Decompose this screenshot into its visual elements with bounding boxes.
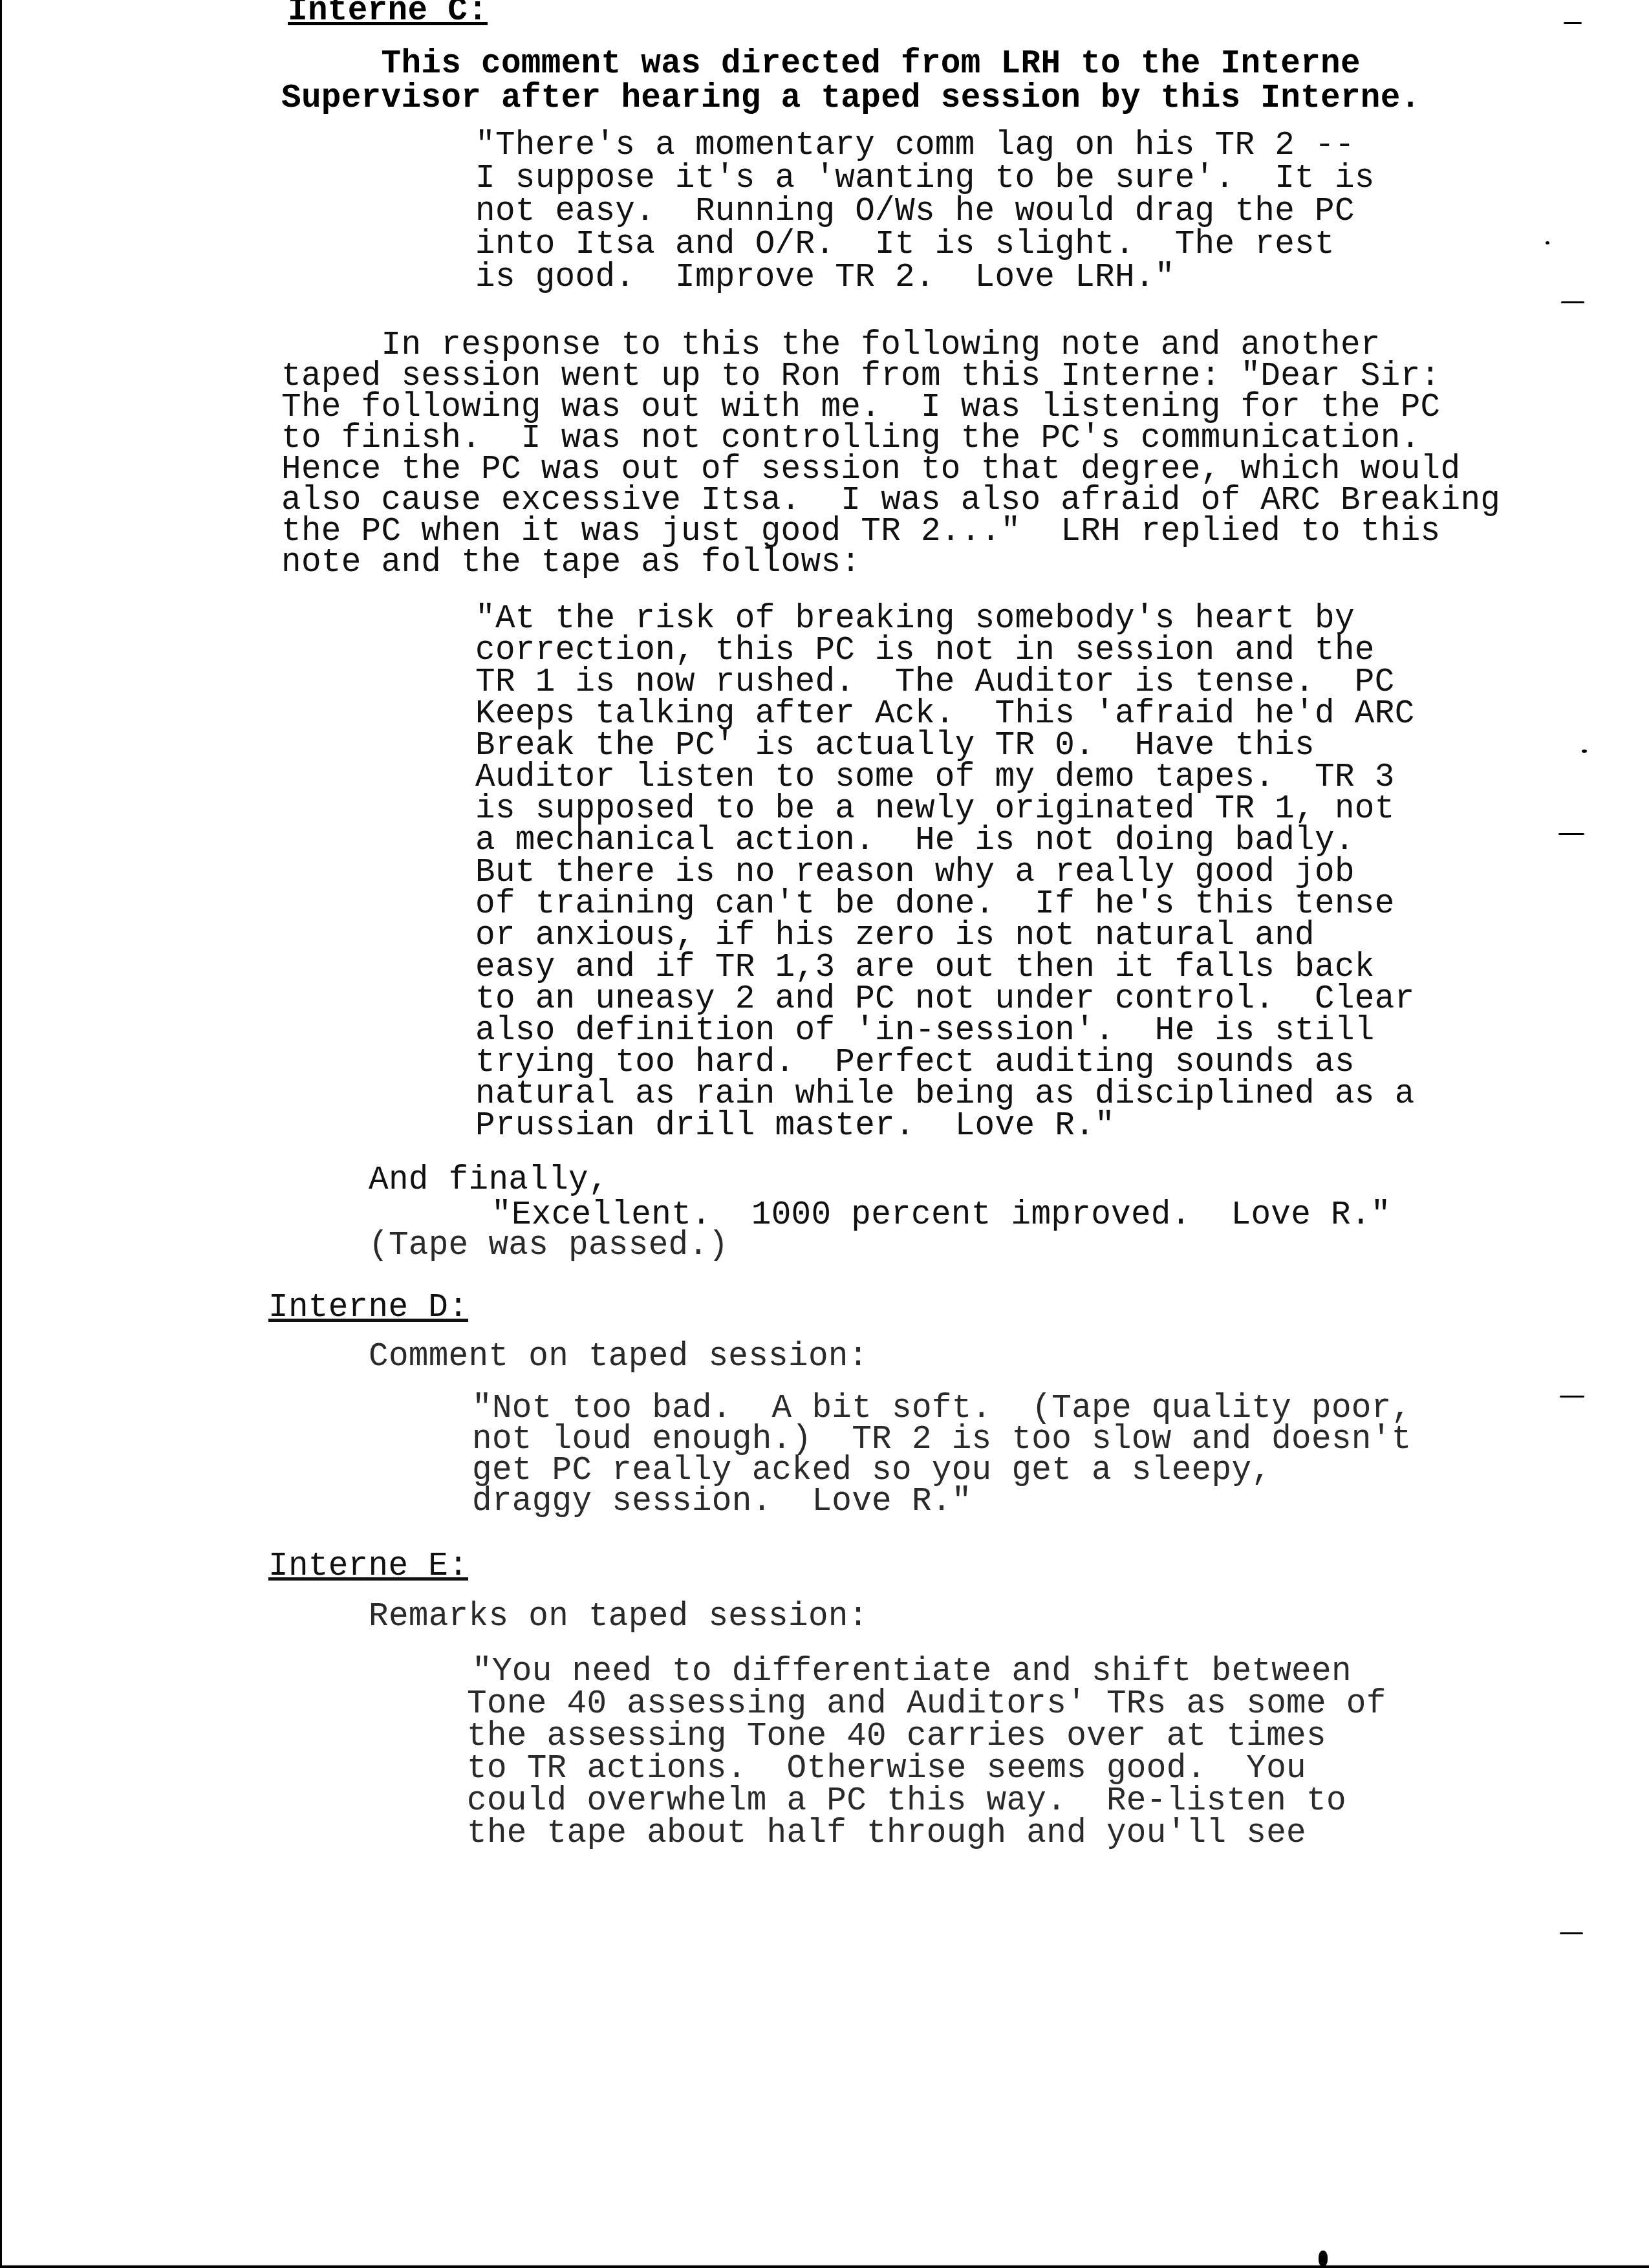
response-line: Hence the PC was out of session to that … [281,453,1460,486]
speck [1319,2251,1328,2266]
page-bottom-edge [0,2265,1649,2268]
quote-line: Break the PC' is actually TR 0. Have thi… [475,729,1315,762]
quote-line: natural as rain while being as disciplin… [475,1078,1415,1111]
quote-line: Prussian drill master. Love R." [475,1110,1115,1143]
response-line: also cause excessive Itsa. I was also af… [281,484,1500,517]
quote-line: "There's a momentary comm lag on his TR … [475,129,1355,162]
intro-line: Supervisor after hearing a taped session… [281,82,1421,115]
quote-line: or anxious, if his zero is not natural a… [475,920,1315,953]
margin-mark [1560,1396,1584,1398]
response-line: In response to this the following note a… [281,329,1381,362]
quote-line: the tape about half through and you'll s… [467,1817,1306,1850]
response-line: taped session went up to Ron from this I… [281,360,1441,393]
speck [1546,241,1549,244]
quote-line: not loud enough.) TR 2 is too slow and d… [472,1423,1412,1456]
margin-mark [1564,22,1582,24]
quote-line: easy and if TR 1,3 are out then it falls… [475,951,1375,984]
and-finally-label: And finally, [369,1164,609,1197]
margin-mark [1560,1932,1583,1934]
quote-line: correction, this PC is not in session an… [475,634,1375,667]
quote-line: Auditor listen to some of my demo tapes.… [475,761,1395,794]
quote-line: a mechanical action. He is not doing bad… [475,825,1355,858]
quote-line: of training can't be done. If he's this … [475,888,1395,921]
quote-line: TR 1 is now rushed. The Auditor is tense… [475,666,1395,699]
tape-passed-note: (Tape was passed.) [369,1229,728,1262]
page-left-edge [0,0,2,2268]
quote-line: draggy session. Love R." [472,1485,972,1518]
quote-line: could overwhelm a PC this way. Re-listen… [467,1785,1346,1818]
quote-line: trying too hard. Perfect auditing sounds… [475,1046,1355,1079]
section-heading-interne-e: Interne E: [268,1550,468,1583]
response-line: The following was out with me. I was lis… [281,391,1441,424]
quote-line: Tone 40 assessing and Auditors' TRs as s… [467,1688,1386,1721]
quote-line: is good. Improve TR 2. Love LRH." [475,261,1175,294]
margin-mark [1561,301,1584,303]
section-heading-interne-c: Interne C: [288,0,488,28]
quote-line: "At the risk of breaking somebody's hear… [475,603,1355,636]
quote-line: to an uneasy 2 and PC not under control.… [475,983,1415,1016]
quote-line: the assessing Tone 40 carries over at ti… [467,1720,1326,1753]
quote-line: also definition of 'in-session'. He is s… [475,1015,1375,1048]
response-line: the PC when it was just good TR 2..." LR… [281,515,1441,548]
document-page: Interne C: This comment was directed fro… [0,0,1649,2268]
margin-mark [1558,833,1584,835]
speck [1582,750,1587,753]
section-heading-interne-d: Interne D: [268,1291,468,1324]
remarks-label: Remarks on taped session: [369,1601,868,1634]
quote-line: into Itsa and O/R. It is slight. The res… [475,228,1335,261]
quote-line: not easy. Running O/Ws he would drag the… [475,195,1355,228]
comment-label: Comment on taped session: [369,1341,868,1374]
response-line: to finish. I was not controlling the PC'… [281,422,1421,455]
quote-line: "You need to differentiate and shift bet… [472,1656,1352,1689]
quote-line: Keeps talking after Ack. This 'afraid he… [475,698,1415,731]
quote-line: get PC really acked so you get a sleepy, [472,1454,1271,1487]
quote-line: is supposed to be a newly originated TR … [475,793,1395,826]
response-line: note and the tape as follows: [281,546,861,579]
quote-line: to TR actions. Otherwise seems good. You [467,1753,1306,1786]
quote-line: But there is no reason why a really good… [475,856,1355,889]
quote-line: I suppose it's a 'wanting to be sure'. I… [475,162,1375,195]
quote-line: "Not too bad. A bit soft. (Tape quality … [472,1392,1412,1425]
intro-line: This comment was directed from LRH to th… [281,48,1361,81]
